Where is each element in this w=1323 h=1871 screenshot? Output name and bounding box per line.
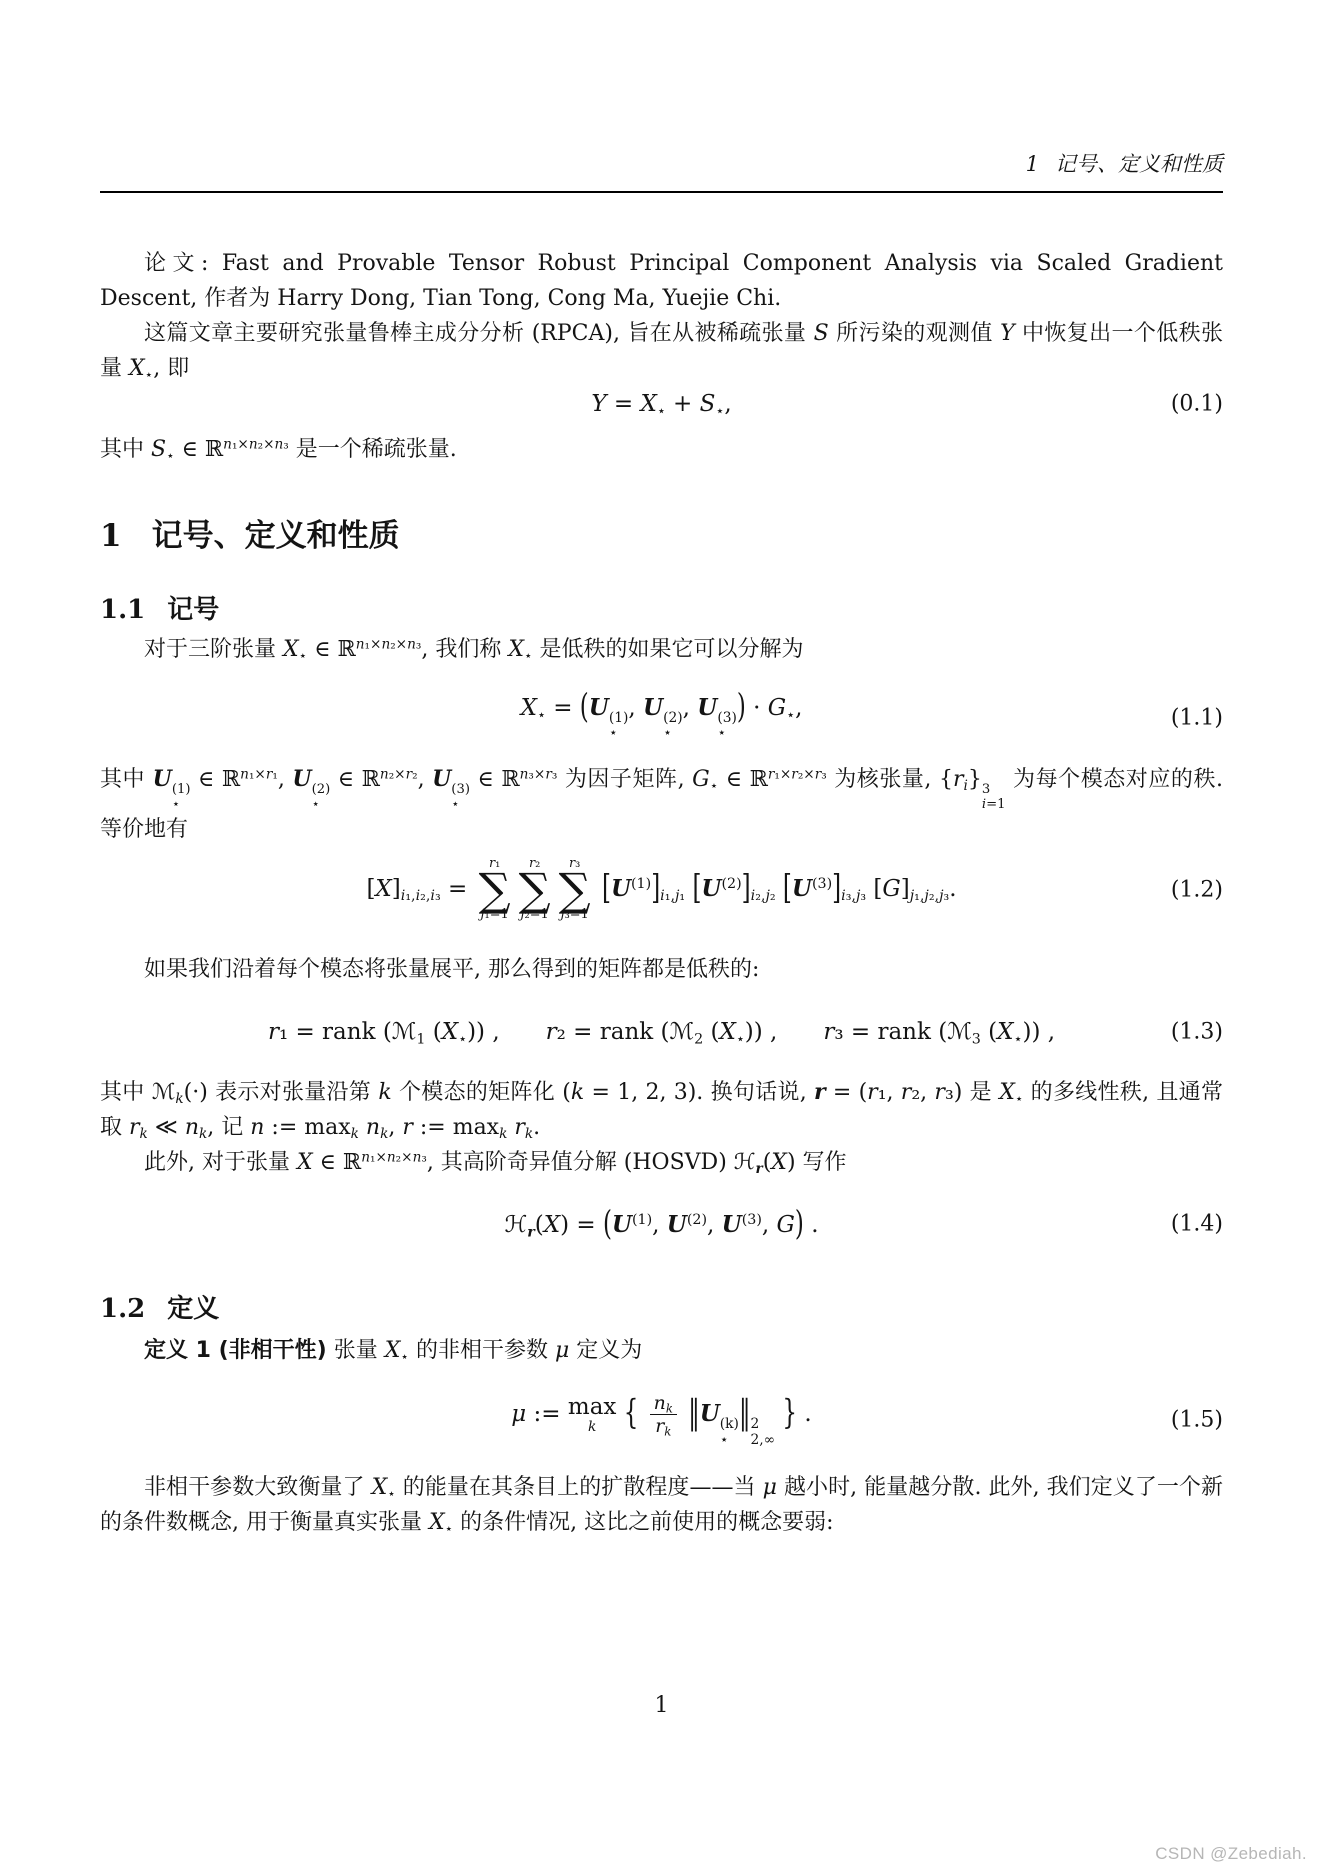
section-1-1-heading: 1.1记号: [100, 589, 1223, 626]
equation-1-1-tag: (1.1): [1171, 706, 1223, 731]
equation-1-4-body: ℋr(X) = (U(1), U(2), U(3), G) .: [504, 1211, 818, 1238]
paragraph-matricization: 其中 ℳk(·) 表示对张量沿第 k 个模态的矩阵化 (k = 1, 2, 3)…: [100, 1075, 1223, 1145]
equation-1-5-body: μ := maxk { nkrk ‖U(k)⋆‖22,∞ } .: [511, 1392, 811, 1449]
equation-1-4: ℋr(X) = (U(1), U(2), U(3), G) . (1.4): [100, 1196, 1223, 1252]
paragraph-flatten: 如果我们沿着每个模态将张量展平, 那么得到的矩阵都是低秩的:: [100, 952, 1223, 987]
equation-1-2-tag: (1.2): [1171, 878, 1223, 903]
paragraph-hosvd: 此外, 对于张量 X ∈ ℝn₁×n₂×n₃, 其高阶奇异值分解 (HOSVD)…: [100, 1145, 1223, 1180]
paragraph-sparse-tensor: 其中 S⋆ ∈ ℝn₁×n₂×n₃ 是一个稀疏张量.: [100, 432, 1223, 467]
equation-1-4-tag: (1.4): [1171, 1212, 1223, 1237]
equation-1-3-tag: (1.3): [1171, 1020, 1223, 1045]
paragraph-low-rank-def: 对于三阶张量 X⋆ ∈ ℝn₁×n₂×n₃, 我们称 X⋆ 是低秩的如果它可以分…: [100, 632, 1223, 667]
header-rule: [100, 191, 1223, 193]
equation-1-5: μ := maxk { nkrk ‖U(k)⋆‖22,∞ } . (1.5): [100, 1383, 1223, 1457]
equation-1-3: r₁ = rank (ℳ1 (X⋆)) , r₂ = rank (ℳ2 (X⋆)…: [100, 1010, 1223, 1054]
equation-0-1: Y = X⋆ + S⋆, (0.1): [100, 383, 1223, 425]
section-1-heading: 1记号、定义和性质: [100, 510, 1223, 555]
paragraph-definition-1: 定义 1 (非相干性) 张量 X⋆ 的非相干参数 μ 定义为: [100, 1333, 1223, 1368]
section-1-1-number: 1.1: [100, 595, 145, 625]
csdn-watermark: CSDN @Zebediah.: [1155, 1844, 1307, 1864]
section-1-2-number: 1.2: [100, 1294, 145, 1324]
paragraph-paper-info: 论文: Fast and Provable Tensor Robust Prin…: [100, 246, 1223, 316]
paragraph-rpca-intro: 这篇文章主要研究张量鲁棒主成分分析 (RPCA), 旨在从被稀疏张量 S 所污染…: [100, 316, 1223, 386]
equation-1-5-tag: (1.5): [1171, 1408, 1223, 1433]
section-1-2-heading: 1.2定义: [100, 1288, 1223, 1325]
section-1-title: 记号、定义和性质: [152, 518, 400, 554]
equation-1-2: [X]i₁,i₂,i₃ = r₁∑j₁=1r₂∑j₂=1r₃∑j₃=1 [U(1…: [100, 852, 1223, 928]
document-page: 1记号、定义和性质 论文: Fast and Provable Tensor R…: [0, 0, 1323, 1871]
section-1-number: 1: [100, 518, 122, 554]
equation-1-2-body: [X]i₁,i₂,i₃ = r₁∑j₁=1r₂∑j₂=1r₃∑j₃=1 [U(1…: [366, 858, 956, 922]
running-header: 1记号、定义和性质: [100, 148, 1223, 178]
paragraph-factor-matrices: 其中 U(1)⋆ ∈ ℝn₁×r₁, U(2)⋆ ∈ ℝn₂×r₂, U(3)⋆…: [100, 762, 1223, 847]
equation-1-3-body: r₁ = rank (ℳ1 (X⋆)) , r₂ = rank (ℳ2 (X⋆)…: [268, 1019, 1055, 1045]
equation-0-1-tag: (0.1): [1171, 392, 1223, 417]
equation-0-1-body: Y = X⋆ + S⋆,: [591, 391, 731, 417]
section-1-2-title: 定义: [167, 1294, 219, 1324]
section-1-1-title: 记号: [167, 595, 219, 625]
page-number: 1: [0, 1693, 1323, 1718]
equation-1-1-body: X⋆ = (U(1)⋆, U(2)⋆, U(3)⋆) · G⋆,: [521, 694, 803, 743]
paragraph-incoherence-discussion: 非相干参数大致衡量了 X⋆ 的能量在其条目上的扩散程度——当 μ 越小时, 能量…: [100, 1470, 1223, 1540]
running-header-title: 记号、定义和性质: [1055, 152, 1223, 176]
running-header-number: 1: [1026, 152, 1039, 176]
equation-1-1: X⋆ = (U(1)⋆, U(2)⋆, U(3)⋆) · G⋆, (1.1): [100, 690, 1223, 746]
